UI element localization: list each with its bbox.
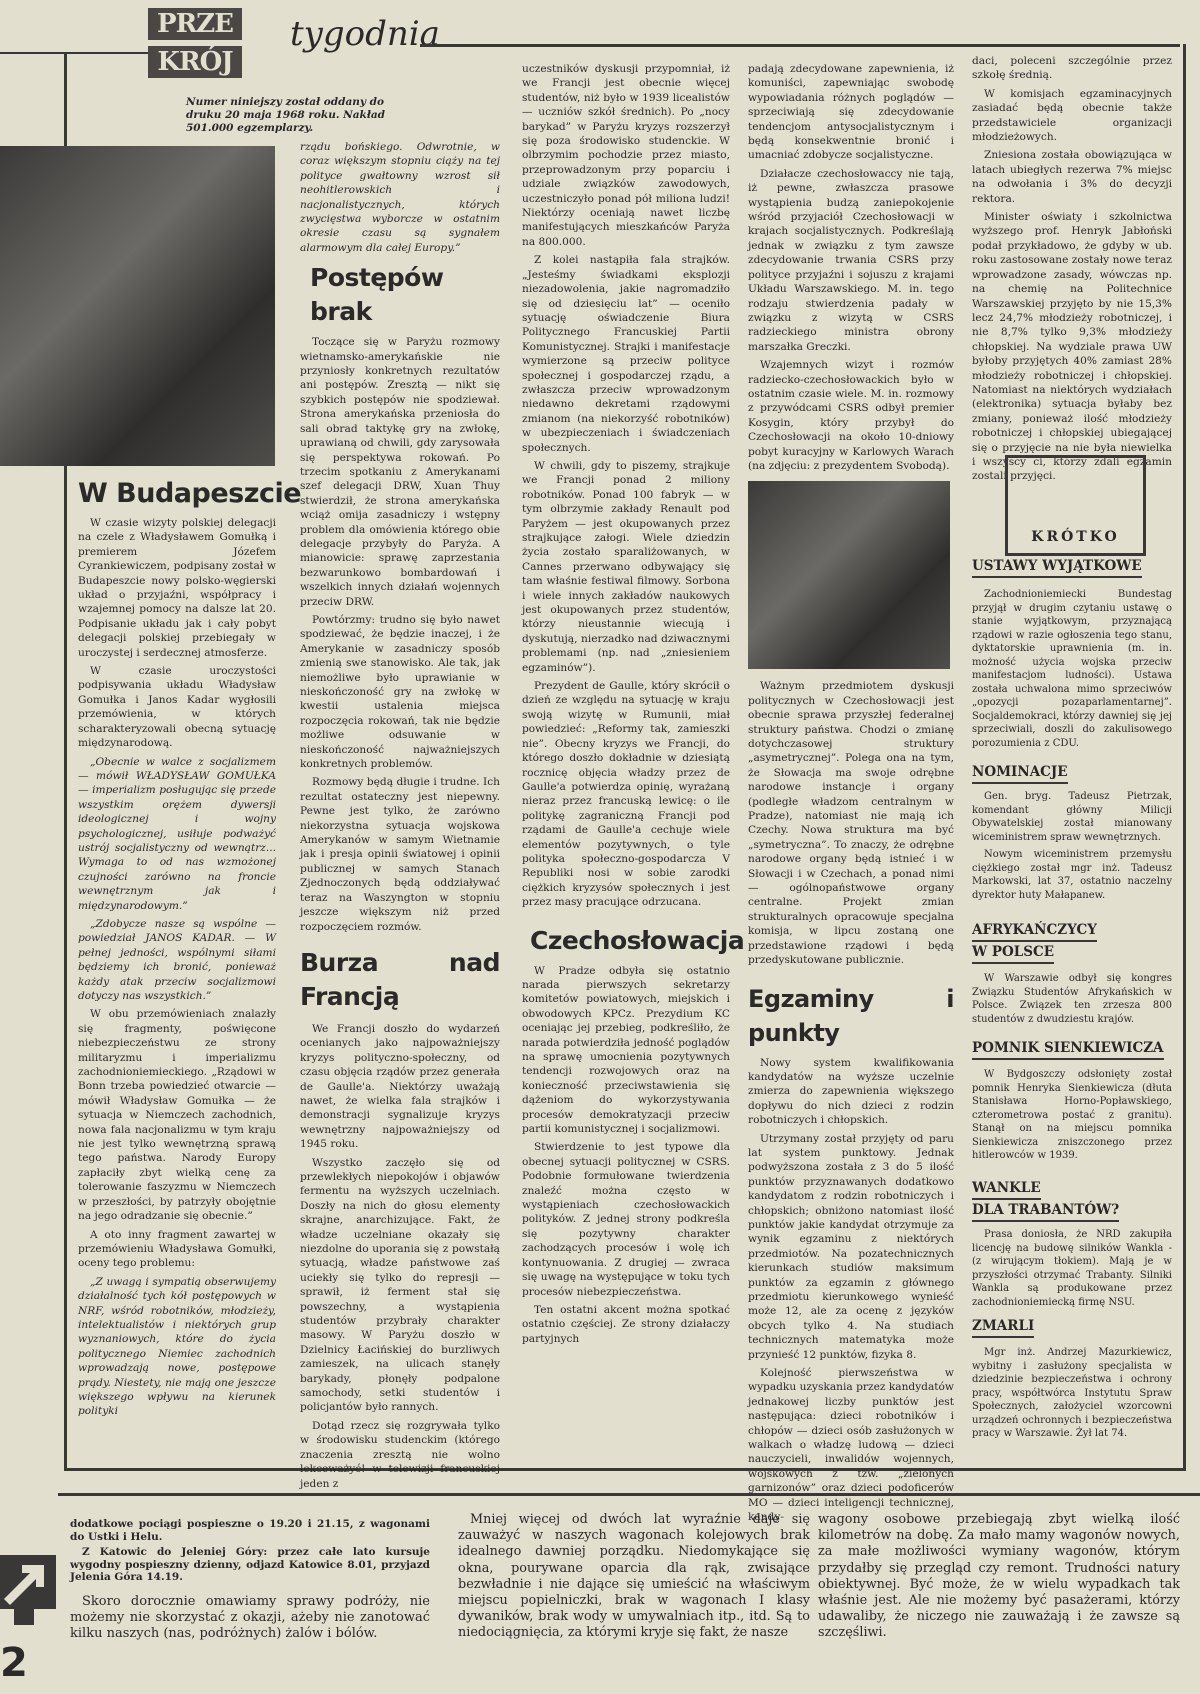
paragraph: wagony osobowe przebiegają zbyt wielką i… bbox=[818, 1512, 1180, 1642]
paragraph: Z Katowic do Jeleniej Góry: przez całe l… bbox=[70, 1546, 430, 1584]
paragraph: Wszystko zaczęło się od przewlekłych nie… bbox=[300, 1156, 500, 1415]
logo-line-2: KRÓJ bbox=[148, 46, 242, 78]
column-3: uczestników dyskusji przypomniał, iż we … bbox=[522, 62, 730, 1350]
paragraph: Ten ostatni akcent można spotkać ostatni… bbox=[522, 1303, 730, 1346]
paragraph: Zniesiona została obowiązująca w latach … bbox=[972, 148, 1172, 206]
column-2: rządu bońskiego. Odwrotnie, w coraz więk… bbox=[300, 140, 500, 1495]
heading-w-polsce: W POLSCE bbox=[972, 944, 1054, 964]
quote: „Zdobycze nasze są wspólne — powiedział … bbox=[78, 917, 276, 1003]
footer-col1: dodatkowe pociągi pospieszne o 19.20 i 2… bbox=[70, 1518, 430, 1642]
paragraph: Mniej więcej od dwóch lat wyraźnie daje … bbox=[458, 1512, 810, 1642]
quote: „Z uwagą i sympatią obserwujemy działaln… bbox=[78, 1275, 276, 1419]
paragraph: W chwili, gdy to piszemy, strajkuje we F… bbox=[522, 459, 730, 675]
logo-line-1: PRZE bbox=[148, 8, 242, 40]
paragraph: dodatkowe pociągi pospieszne o 19.20 i 2… bbox=[70, 1518, 430, 1543]
frame-right bbox=[1183, 44, 1186, 1471]
photo-kosygin-svoboda bbox=[748, 481, 950, 669]
paragraph: W czasie wizyty polskiej delegacji na cz… bbox=[78, 516, 276, 660]
paragraph: W obu przemówieniach znalazły się fragme… bbox=[78, 1007, 276, 1223]
print-note: Numer niniejszy został oddany do druku 2… bbox=[186, 96, 416, 135]
column-4: padają zdecydowane zapewnienia, iż komun… bbox=[748, 62, 954, 1529]
paragraph: Nowy system kwalifikowania kandydatów na… bbox=[748, 1056, 954, 1128]
heading-ustawy: USTAWY WYJĄTKOWE bbox=[972, 558, 1142, 578]
paragraph: Wzajemnych wizyt i rozmów radziecko-czec… bbox=[748, 358, 954, 473]
paragraph: Utrzymany został przyjęty od paru lat sy… bbox=[748, 1132, 954, 1363]
paragraph: Prezydent de Gaulle, który skrócił o dzi… bbox=[522, 679, 730, 910]
paragraph: Stwierdzenie to jest typowe dla obecnej … bbox=[522, 1140, 730, 1298]
brief-nominacje: Gen. bryg. Tadeusz Pietrzak, komendant g… bbox=[972, 790, 1172, 906]
brief-zmarli: Mgr inż. Andrzej Mazurkiewicz, wybitny i… bbox=[972, 1346, 1172, 1445]
brief-ustawy: Zachodnioniemiecki Bundestag przyjął w d… bbox=[972, 588, 1172, 754]
section-title: tygodnia bbox=[290, 14, 440, 54]
headline-burza-nad-francja: Burza nad Francją bbox=[300, 946, 500, 1014]
krotko-box: KRÓTKO bbox=[1005, 455, 1146, 556]
paragraph: W czasie uroczystości podpisywania układ… bbox=[78, 664, 276, 750]
headline-czechoslowacja: Czechosłowacja bbox=[530, 924, 730, 958]
paragraph: padają zdecydowane zapewnienia, iż komun… bbox=[748, 62, 954, 163]
paragraph: Prasa doniosła, że NRD zakupiła licencję… bbox=[972, 1228, 1172, 1309]
paragraph: W komisjach egzaminacyjnych zasiadać będ… bbox=[972, 87, 1172, 145]
paragraph: Skoro dorocznie omawiamy sprawy podróży,… bbox=[70, 1594, 430, 1642]
paragraph: Działacze czechosłowaccy nie tają, iż pe… bbox=[748, 167, 954, 354]
paragraph: Ważnym przedmiotem dyskusji politycznych… bbox=[748, 679, 954, 967]
paragraph: Nowym wiceministrem przemysłu ciężkiego … bbox=[972, 848, 1172, 902]
paragraph: Dotąd rzecz się rozgrywała tylko w środo… bbox=[300, 1419, 500, 1491]
paragraph: Rozmowy będą długie i trudne. Ich rezult… bbox=[300, 775, 500, 933]
footer-rule bbox=[58, 1493, 1200, 1496]
masthead-rule-right bbox=[420, 44, 1180, 47]
arrow-up-right-icon bbox=[0, 1555, 56, 1625]
brief-wankle: Prasa doniosła, że NRD zakupiła licencję… bbox=[972, 1228, 1172, 1313]
footer-col2: Mniej więcej od dwóch lat wyraźnie daje … bbox=[458, 1512, 810, 1642]
paragraph: We Francji doszło do wydarzeń ocenianych… bbox=[300, 1022, 500, 1152]
paragraph: Minister oświaty i szkolnictwa wyższego … bbox=[972, 210, 1172, 484]
paragraph: W Bydgoszczy odsłonięty został pomnik He… bbox=[972, 1068, 1172, 1163]
photo-delegation bbox=[0, 146, 275, 466]
paragraph: Kolejność pierwszeństwa w wypadku uzyska… bbox=[748, 1366, 954, 1524]
brief-afrykanczycy: W Warszawie odbył się kongres Związku St… bbox=[972, 972, 1172, 1030]
magazine-logo: PRZE KRÓJ bbox=[148, 8, 242, 78]
column-5-top: daci, poleceni szczególnie przez szkołę … bbox=[972, 54, 1172, 488]
frame-left bbox=[64, 470, 67, 1470]
footer-col3: wagony osobowe przebiegają zbyt wielką i… bbox=[818, 1512, 1180, 1642]
paragraph: A oto inny fragment zawartej w przemówie… bbox=[78, 1228, 276, 1271]
paragraph: Z kolei nastąpiła fala strajków. „Jesteś… bbox=[522, 253, 730, 455]
heading-zmarli: ZMARLI bbox=[972, 1318, 1034, 1338]
brief-pomnik: W Bydgoszczy odsłonięty został pomnik He… bbox=[972, 1068, 1172, 1167]
page-number: 2 bbox=[0, 1640, 28, 1686]
headline-postepow-brak: Postępów brak bbox=[310, 261, 500, 329]
heading-nominacje: NOMINACJE bbox=[972, 764, 1068, 784]
article-budapeszt: W czasie wizyty polskiej delegacji na cz… bbox=[78, 516, 276, 1423]
frame-bottom bbox=[64, 1468, 1186, 1471]
paragraph: uczestników dyskusji przypomniał, iż we … bbox=[522, 62, 730, 249]
paragraph: daci, poleceni szczególnie przez szkołę … bbox=[972, 54, 1172, 83]
krotko-label: KRÓTKO bbox=[1008, 529, 1143, 545]
paragraph: W Warszawie odbył się kongres Związku St… bbox=[972, 972, 1172, 1026]
heading-wankle: WANKLE bbox=[972, 1180, 1041, 1200]
paragraph: Powtórzmy: trudno się było nawet spodzie… bbox=[300, 613, 500, 771]
heading-afrykanczycy: AFRYKAŃCZYCY bbox=[972, 922, 1097, 942]
paragraph: Gen. bryg. Tadeusz Pietrzak, komendant g… bbox=[972, 790, 1172, 844]
headline-budapeszt: W Budapeszcie bbox=[78, 478, 301, 509]
paragraph: W Pradze odbyła się ostatnio narada pier… bbox=[522, 964, 730, 1137]
masthead-rule-left bbox=[0, 52, 148, 54]
quote: „Obecnie w walce z socjalizmem — mówił W… bbox=[78, 755, 276, 913]
paragraph: Zachodnioniemiecki Bundestag przyjął w d… bbox=[972, 588, 1172, 750]
quote-end: rządu bońskiego. Odwrotnie, w coraz więk… bbox=[300, 140, 500, 255]
paragraph: Mgr inż. Andrzej Mazurkiewicz, wybitny i… bbox=[972, 1346, 1172, 1441]
headline-egzaminy-i-punkty: Egzaminy i punkty bbox=[748, 982, 954, 1050]
heading-dla-trabantow: DLA TRABANTÓW? bbox=[972, 1202, 1119, 1222]
heading-pomnik: POMNIK SIENKIEWICZA bbox=[972, 1040, 1164, 1060]
paragraph: Toczące się w Paryżu rozmowy wietnamsko-… bbox=[300, 335, 500, 609]
